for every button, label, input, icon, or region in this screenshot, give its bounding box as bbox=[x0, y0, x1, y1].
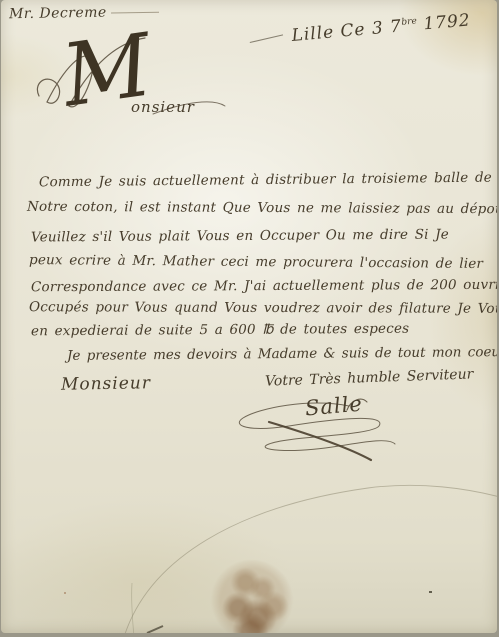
signature-name: Salle bbox=[304, 392, 364, 421]
addressee-underline bbox=[111, 11, 159, 13]
letter-paper: Mr. Decreme Lille Ce 3 7bre 1792 M onsie… bbox=[1, 0, 497, 633]
body-line-6: Occupés pour Vous quand Vous voudrez avo… bbox=[29, 299, 497, 317]
body-line-2: Notre coton, il est instant Que Vous ne … bbox=[27, 199, 497, 218]
signature-block: Salle bbox=[229, 392, 409, 467]
body-line-7: en expedierai de suite 5 a 600 ℔ de tout… bbox=[31, 321, 409, 340]
dateline-flourish bbox=[250, 34, 283, 43]
salutation-rest: onsieur bbox=[131, 98, 195, 116]
body-line-5: Correspondance avec ce Mr. J'ai actuelle… bbox=[31, 277, 497, 296]
letter-scan: Mr. Decreme Lille Ce 3 7bre 1792 M onsie… bbox=[0, 0, 499, 637]
dateline-month-superscript: bre bbox=[401, 16, 417, 27]
addressee-text: Mr. Decreme bbox=[9, 5, 107, 23]
salutation-monogram: M onsieur bbox=[35, 36, 235, 126]
body-line-3: Veuillez s'il Vous plait Vous en Occuper… bbox=[31, 227, 449, 246]
closing-monsieur: Monsieur bbox=[61, 373, 151, 395]
dateline-year: 1792 bbox=[423, 10, 472, 34]
wax-seal-stain bbox=[211, 560, 293, 633]
